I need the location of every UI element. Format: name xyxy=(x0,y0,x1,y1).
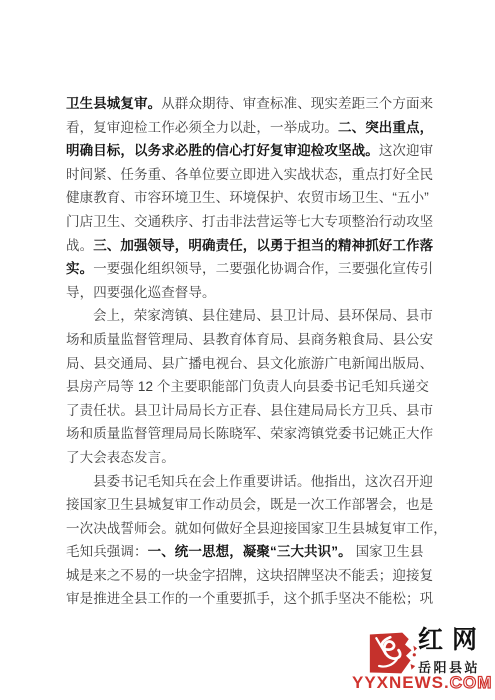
text-line: 县房产局等 12 个主要职能部门负责人向县委书记毛知兵递交 xyxy=(66,375,446,399)
text-segment: 一次决战誓师会。就如何做好全县迎接国家卫生县城复审工作， xyxy=(66,521,447,536)
text-segment: 场和质量监督管理局局长陈晓军、荣家湾镇党委书记姚正大作 xyxy=(66,426,433,441)
text-line: 会上，荣家湾镇、县住建局、县卫计局、县环保局、县市 xyxy=(66,304,446,328)
text-line: 卫生县城复审。从群众期待、审查标准、现实差距三个方面来 xyxy=(66,92,446,116)
text-line: 城是来之不易的一块金字招牌，这块招牌坚决不能丢；迎接复 xyxy=(66,564,446,588)
text-line: 门店卫生、交通秩序、打击非法营运等七大专项整治行动攻坚 xyxy=(66,210,446,234)
logo-brand-text: 红网 xyxy=(418,626,484,656)
bold-text-segment: 二、突出重点， xyxy=(338,120,433,135)
text-segment: 场和质量监督管理局、县教育体育局、县商务粮食局、县公安 xyxy=(66,332,433,347)
text-line: 接国家卫生县城复审工作动员会，既是一次工作部署会，也是 xyxy=(66,493,446,517)
text-segment: 战。 xyxy=(66,238,93,253)
text-line: 明确目标，以务求必胜的信心打好复审迎检攻坚战。这次迎审 xyxy=(66,139,446,163)
text-segment: 门店卫生、交通秩序、打击非法营运等七大专项整治行动攻坚 xyxy=(66,214,433,229)
bold-text-segment: 卫生县城复审。 xyxy=(66,96,161,111)
text-line: 场和质量监督管理局、县教育体育局、县商务粮食局、县公安 xyxy=(66,328,446,352)
text-segment: 会上，荣家湾镇、县住建局、县卫计局、县环保局、县市 xyxy=(93,308,433,323)
text-line: 健康教育、市容环境卫生、环境保护、农贸市场卫生、“五小” xyxy=(66,186,446,210)
bold-text-segment: 明确目标，以务求必胜的信心打好复审迎检攻坚战。 xyxy=(66,143,379,158)
text-segment: 局、县交通局、县广播电视台、县文化旅游广电新闻出版局、 xyxy=(66,356,433,371)
text-segment: 这次迎审 xyxy=(379,143,433,158)
text-segment: 县委书记毛知兵在会上作重要讲话。他指出，这次召开迎 xyxy=(93,474,433,489)
hongwang-seal-icon xyxy=(368,631,418,675)
text-line: 县委书记毛知兵在会上作重要讲话。他指出，这次召开迎 xyxy=(66,470,446,494)
text-segment: 看，复审迎检工作必须全力以赴，一举成功。 xyxy=(66,120,338,135)
text-segment: 毛知兵强调： xyxy=(66,544,148,559)
text-line: 一次决战誓师会。就如何做好全县迎接国家卫生县城复审工作， xyxy=(66,517,446,541)
text-segment: 时间紧、任务重、各单位要立即进入实战状态，重点打好全民 xyxy=(66,167,433,182)
logo-url-text: YYXNEWS.COM xyxy=(352,673,492,693)
text-line: 了大会表态发言。 xyxy=(66,446,446,470)
site-watermark: 红网 岳阳县站 YYXNEWS.COM xyxy=(352,626,484,694)
text-segment: 国家卫生县 xyxy=(352,544,424,559)
article-text: 卫生县城复审。从群众期待、审查标准、现实差距三个方面来看，复审迎检工作必须全力以… xyxy=(66,92,446,611)
bold-text-segment: 一、统一思想，凝聚“三大共识”。 xyxy=(148,544,352,559)
text-segment: 审是推进全县工作的一个重要抓手，这个抓手坚决不能松；巩 xyxy=(66,591,433,606)
text-segment: 了责任状。县卫计局局长方正春、县住建局局长方卫兵、县市 xyxy=(66,403,433,418)
bold-text-segment: 三、加强领导，明确责任，以勇于担当的精神抓好工作落 xyxy=(93,238,433,253)
text-line: 了责任状。县卫计局局长方正春、县住建局局长方卫兵、县市 xyxy=(66,399,446,423)
text-line: 场和质量监督管理局局长陈晓军、荣家湾镇党委书记姚正大作 xyxy=(66,422,446,446)
text-line: 毛知兵强调：一、统一思想，凝聚“三大共识”。 国家卫生县 xyxy=(66,540,446,564)
text-segment: 接国家卫生县城复审工作动员会，既是一次工作部署会，也是 xyxy=(66,497,433,512)
text-line: 看，复审迎检工作必须全力以赴，一举成功。二、突出重点， xyxy=(66,116,446,140)
text-line: 战。三、加强领导，明确责任，以勇于担当的精神抓好工作落 xyxy=(66,234,446,258)
logo-url-outline: COM xyxy=(450,673,493,692)
text-line: 局、县交通局、县广播电视台、县文化旅游广电新闻出版局、 xyxy=(66,352,446,376)
text-segment: 县房产局等 12 个主要职能部门负责人向县委书记毛知兵递交 xyxy=(66,379,429,394)
text-segment: 健康教育、市容环境卫生、环境保护、农贸市场卫生、“五小” xyxy=(66,190,429,205)
text-segment: 导，四要强化巡查督导。 xyxy=(66,285,216,300)
text-segment: 了大会表态发言。 xyxy=(66,450,175,465)
bold-text-segment: 实。 xyxy=(66,261,93,276)
text-line: 实。一要强化组织领导，二要强化协调合作，三要强化宣传引 xyxy=(66,257,446,281)
text-line: 审是推进全县工作的一个重要抓手，这个抓手坚决不能松；巩 xyxy=(66,587,446,611)
text-segment: 从群众期待、审查标准、现实差距三个方面来 xyxy=(161,96,433,111)
text-line: 导，四要强化巡查督导。 xyxy=(66,281,446,305)
text-line: 时间紧、任务重、各单位要立即进入实战状态，重点打好全民 xyxy=(66,163,446,187)
page: 卫生县城复审。从群众期待、审查标准、现实差距三个方面来看，复审迎检工作必须全力以… xyxy=(0,0,495,700)
text-segment: 一要强化组织领导，二要强化协调合作，三要强化宣传引 xyxy=(93,261,433,276)
logo-url-solid: YYXNEWS. xyxy=(352,673,450,692)
text-segment: 城是来之不易的一块金字招牌，这块招牌坚决不能丢；迎接复 xyxy=(66,568,433,583)
